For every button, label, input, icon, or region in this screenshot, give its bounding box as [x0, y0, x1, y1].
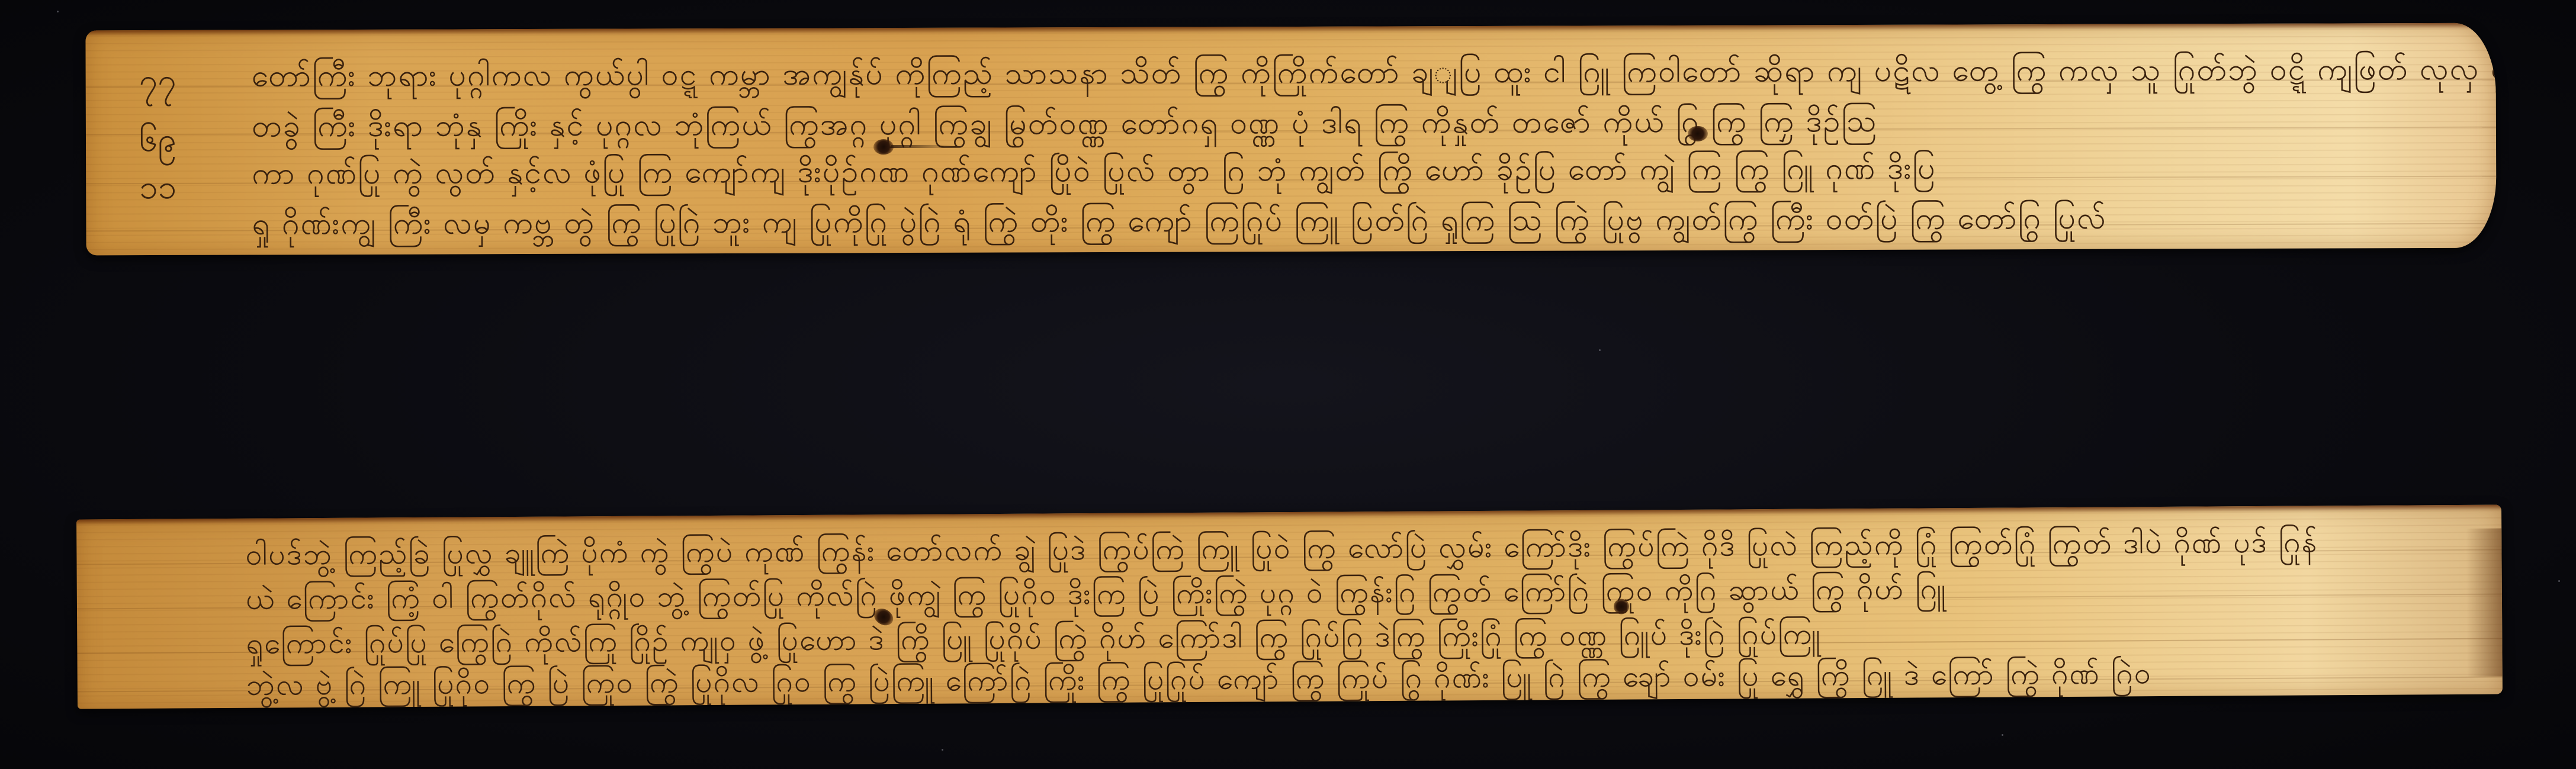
dust-speck	[942, 749, 943, 751]
script-line: တော်ကြီး ဘုရား ပုဂ္ဂါကလ ကွယ်ပွါ ဝဋ္ဋ ကမ္…	[252, 49, 2497, 101]
leaf-number: ၇၇	[139, 60, 176, 108]
dust-speck	[57, 11, 59, 12]
leaf-number: ၁၁	[139, 166, 176, 215]
script-line: တခွဲ ကြီး ဒိုးရာ ဘုံနှ ကြိုး နှင့် ပုဂ္ဂ…	[252, 102, 1878, 152]
string-mark	[891, 145, 956, 148]
binding-hole	[873, 139, 894, 155]
edge-stain	[2466, 528, 2503, 676]
script-line: ဝါပဒ်ဘွဲ့ ကြည့်ခြဲ ပြုလွှ ချူကြဲ ပိုကံ က…	[245, 523, 2318, 579]
binding-hole	[1614, 599, 1629, 614]
dust-speck	[1599, 349, 1601, 351]
script-line: ကာ ဂုဏ်ပြု ကွဲ လွတ် နှင့်လ ဖုံပြု ကြ ကျေ…	[252, 149, 1936, 200]
dust-speck	[2002, 734, 2003, 736]
palm-leaf-top: ၇၇ ၆၉ ၁၁ တော်ကြီး ဘုရား ပုဂ္ဂါကလ ကွယ်ပွါ…	[85, 23, 2496, 256]
script-line: ရှု ဂိုဏ်းကျွ ကြီး လမှ ကဗ္ဘ တွဲ ကြွ ပြုဂ…	[252, 199, 2106, 250]
palm-leaf-bottom: ဝါပဒ်ဘွဲ့ ကြည့်ခြဲ ပြုလွှ ချူကြဲ ပိုကံ က…	[76, 504, 2503, 709]
binding-hole	[1688, 126, 1708, 141]
leaf-number: ၆၉	[139, 119, 176, 168]
dust-speck	[2558, 580, 2560, 582]
